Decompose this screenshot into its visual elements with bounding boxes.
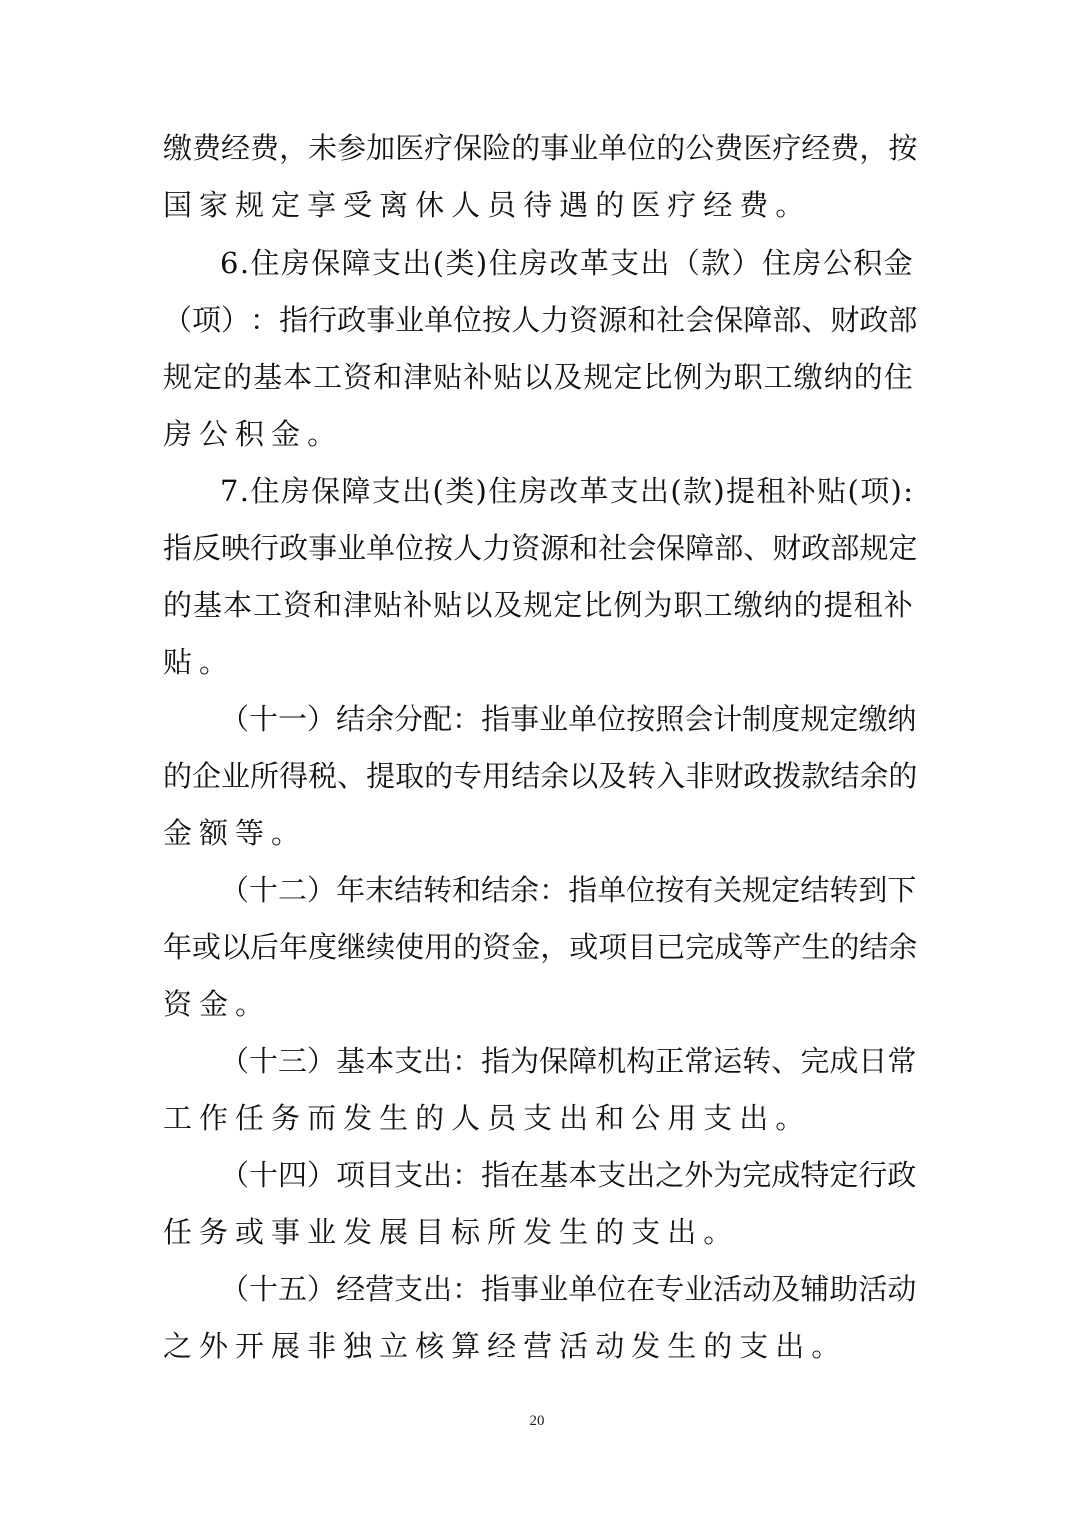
text-line: 任务或事业发展目标所发生的支出。: [163, 1212, 913, 1252]
text-line: 贴。: [163, 642, 913, 682]
text-line: （项）：指行政事业单位按人力资源和社会保障部、财政部: [163, 300, 913, 340]
page-number: 20: [0, 1413, 1074, 1430]
text-line: 7.住房保障支出(类)住房改革支出(款)提租补贴(项):: [220, 471, 913, 511]
document-page: 缴费经费，未参加医疗保险的事业单位的公费医疗经费，按国家规定享受离休人员待遇的医…: [0, 0, 1074, 1520]
text-line: （十二）年末结转和结余：指单位按有关规定结转到下: [220, 870, 913, 910]
text-line: 缴费经费，未参加医疗保险的事业单位的公费医疗经费，按: [163, 128, 913, 168]
text-line: （十一）结余分配：指事业单位按照会计制度规定缴纳: [220, 699, 913, 739]
text-line: 房公积金。: [163, 414, 913, 454]
text-line: 6.住房保障支出(类)住房改革支出（款）住房公积金: [220, 243, 913, 283]
text-line: 年或以后年度继续使用的资金，或项目已完成等产生的结余: [163, 927, 913, 967]
text-line: 规定的基本工资和津贴补贴以及规定比例为职工缴纳的住: [163, 357, 913, 397]
text-line: 之外开展非独立核算经营活动发生的支出。: [163, 1326, 913, 1366]
text-line: 资金。: [163, 984, 913, 1024]
text-line: （十四）项目支出：指在基本支出之外为完成特定行政: [220, 1155, 913, 1195]
text-line: （十三）基本支出：指为保障机构正常运转、完成日常: [220, 1041, 913, 1081]
text-line: 金额等。: [163, 813, 913, 853]
text-line: 的企业所得税、提取的专用结余以及转入非财政拨款结余的: [163, 756, 913, 796]
text-line: 的基本工资和津贴补贴以及规定比例为职工缴纳的提租补: [163, 585, 913, 625]
text-line: 工作任务而发生的人员支出和公用支出。: [163, 1098, 913, 1138]
text-line: 指反映行政事业单位按人力资源和社会保障部、财政部规定: [163, 528, 913, 568]
text-line: （十五）经营支出：指事业单位在专业活动及辅助活动: [220, 1269, 913, 1309]
text-line: 国家规定享受离休人员待遇的医疗经费。: [163, 185, 913, 225]
